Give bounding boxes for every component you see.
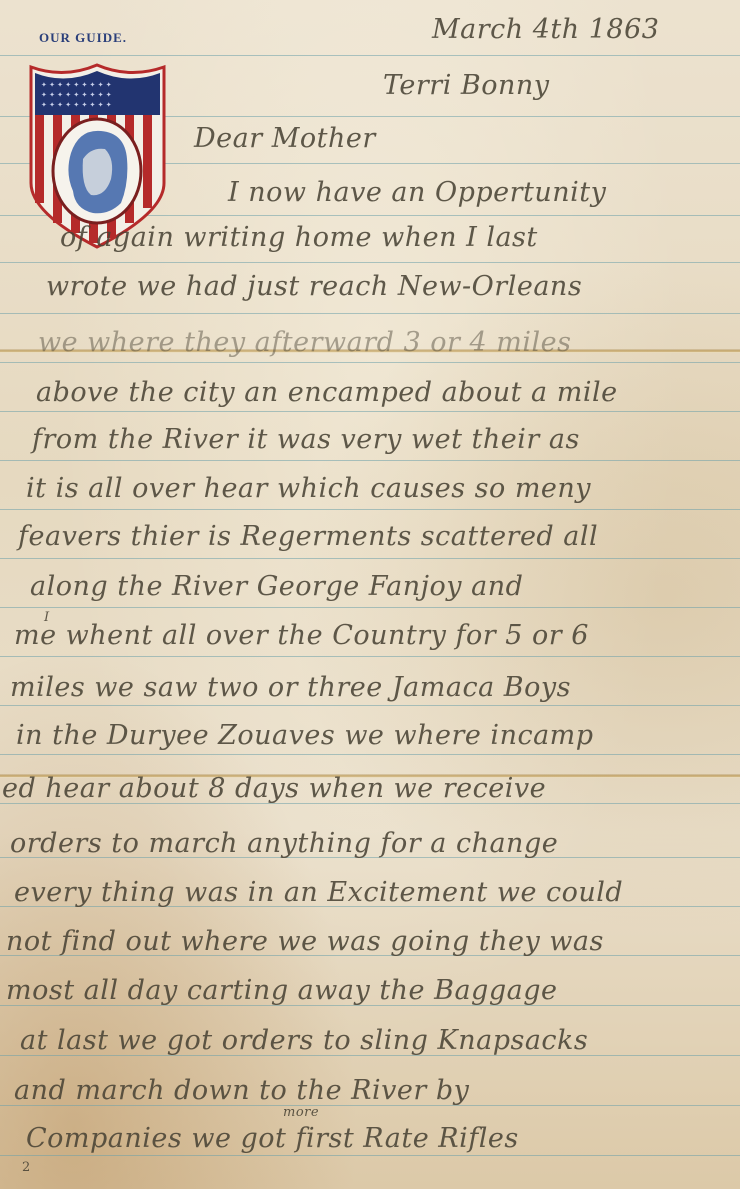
letter-line: I now have an Oppertunity [228, 177, 606, 208]
letter-salutation: Dear Mother [194, 123, 376, 154]
letter-line: above the city an encamped about a mile [36, 377, 618, 408]
letter-line: feavers thier is Regerments scattered al… [18, 521, 598, 552]
ruled-line [0, 1155, 740, 1156]
letter-line: every thing was in an Excitement we coul… [14, 877, 623, 908]
letter-line: me whent all over the Country for 5 or 6 [14, 620, 589, 651]
letter-line: ed hear about 8 days when we receive [2, 773, 546, 804]
letter-date: March 4th 1863 [432, 14, 659, 45]
ruled-line [0, 705, 740, 706]
letter-line: miles we saw two or three Jamaca Boys [10, 672, 571, 703]
ruled-line [0, 754, 740, 755]
letter-line: along the River George Fanjoy and [30, 571, 523, 602]
letter-line: orders to march anything for a change [10, 828, 558, 859]
letter-page: OUR GUIDE. ✦ ✦ ✦ ✦ ✦ ✦ ✦ ✦ ✦ ✦ ✦ ✦ ✦ ✦ ✦… [0, 0, 740, 1189]
ruled-line [0, 558, 740, 559]
ruled-line [0, 607, 740, 608]
ruled-line [0, 262, 740, 263]
ruled-line [0, 656, 740, 657]
letter-line: and march down to the River by [14, 1075, 469, 1106]
interlinear-note: more [283, 1105, 319, 1120]
ruled-line [0, 362, 740, 363]
letter-line: Companies we got first Rate Rifles [26, 1123, 519, 1154]
letter-line: it is all over hear which causes so meny [26, 473, 591, 504]
letter-line: wrote we had just reach New-Orleans [46, 271, 582, 302]
svg-text:✦ ✦ ✦ ✦ ✦ ✦ ✦ ✦ ✦: ✦ ✦ ✦ ✦ ✦ ✦ ✦ ✦ ✦ [41, 91, 112, 99]
letter-line: in the Duryee Zouaves we where incamp [16, 720, 594, 751]
ruled-line [0, 460, 740, 461]
ruled-line [0, 509, 740, 510]
letter-line: not find out where we was going they was [6, 926, 604, 957]
letter-line: from the River it was very wet their as [32, 424, 580, 455]
letterhead-title: OUR GUIDE. [39, 30, 127, 46]
svg-text:✦ ✦ ✦ ✦ ✦ ✦ ✦ ✦ ✦: ✦ ✦ ✦ ✦ ✦ ✦ ✦ ✦ ✦ [41, 81, 112, 89]
ruled-line [0, 313, 740, 314]
letter-line: we where they afterward 3 or 4 miles [38, 327, 571, 358]
ruled-line [0, 55, 740, 56]
ruled-line [0, 411, 740, 412]
letter-line: at last we got orders to sling Knapsacks [20, 1025, 588, 1056]
page-number: 2 [22, 1160, 31, 1175]
letter-line: of again writing home when I last [60, 222, 538, 253]
letter-place: Terri Bonny [383, 70, 550, 101]
svg-text:✦ ✦ ✦ ✦ ✦ ✦ ✦ ✦ ✦: ✦ ✦ ✦ ✦ ✦ ✦ ✦ ✦ ✦ [41, 101, 112, 109]
letter-line: most all day carting away the Baggage [6, 975, 558, 1006]
